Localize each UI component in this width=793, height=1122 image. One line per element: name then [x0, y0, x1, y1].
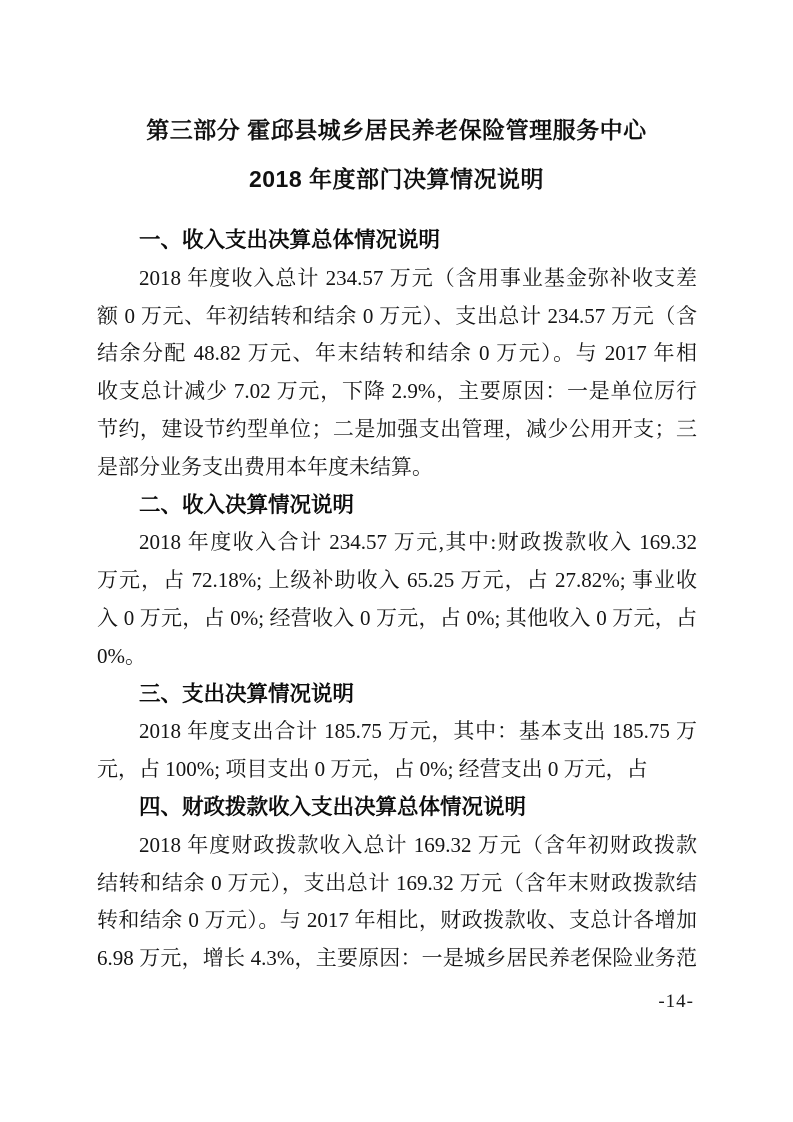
section-2-line-4: 0%。	[97, 638, 697, 676]
section-2-heading: 二、收入决算情况说明	[97, 487, 697, 525]
section-3-line-1: 2018 年度支出合计 185.75 万元，其中：基本支出 185.75 万	[97, 713, 697, 751]
section-1-heading: 一、收入支出决算总体情况说明	[97, 222, 697, 260]
section-4-heading: 四、财政拨款收入支出决算总体情况说明	[97, 789, 697, 827]
section-3-heading: 三、支出决算情况说明	[97, 676, 697, 714]
section-4-line-4: 6.98 万元，增长 4.3%，主要原因：一是城乡居民养老保险业务范	[97, 940, 697, 978]
page-number: -14-	[97, 991, 694, 1013]
section-1-line-1: 2018 年度收入总计 234.57 万元（含用事业基金弥补收支差	[97, 260, 697, 298]
section-2-line-1: 2018 年度收入合计 234.57 万元,其中:财政拨款收入 169.32	[97, 524, 697, 562]
section-1-line-5: 节约，建设节约型单位；二是加强支出管理，减少公用开支；三	[97, 411, 697, 449]
document-body: 一、收入支出决算总体情况说明 2018 年度收入总计 234.57 万元（含用事…	[97, 222, 697, 978]
section-3-line-2: 元，占 100%; 项目支出 0 万元，占 0%; 经营支出 0 万元，占 0%…	[97, 751, 697, 789]
section-1-line-2: 额 0 万元、年初结转和结余 0 万元）、支出总计 234.57 万元（含	[97, 298, 697, 336]
section-4-line-3: 转和结余 0 万元）。与 2017 年相比，财政拨款收、支总计各增加	[97, 902, 697, 940]
document-page: 第三部分 霍邱县城乡居民养老保险管理服务中心 2018 年度部门决算情况说明 一…	[0, 0, 793, 1122]
document-title: 第三部分 霍邱县城乡居民养老保险管理服务中心	[0, 112, 793, 145]
section-1-line-3: 结余分配 48.82 万元、年末结转和结余 0 万元）。与 2017 年相比，	[97, 335, 697, 373]
document-subtitle: 2018 年度部门决算情况说明	[0, 161, 793, 194]
section-4-line-1: 2018 年度财政拨款收入总计 169.32 万元（含年初财政拨款	[97, 827, 697, 865]
section-1-line-4: 收支总计减少 7.02 万元，下降 2.9%，主要原因：一是单位厉行	[97, 373, 697, 411]
section-2-line-3: 入 0 万元，占 0%; 经营收入 0 万元，占 0%; 其他收入 0 万元，占	[97, 600, 697, 638]
section-1-line-6: 是部分业务支出费用本年度未结算。	[97, 449, 697, 487]
section-2-line-2: 万元，占 72.18%; 上级补助收入 65.25 万元，占 27.82%; 事…	[97, 562, 697, 600]
section-4-line-2: 结转和结余 0 万元），支出总计 169.32 万元（含年末财政拨款结	[97, 865, 697, 903]
